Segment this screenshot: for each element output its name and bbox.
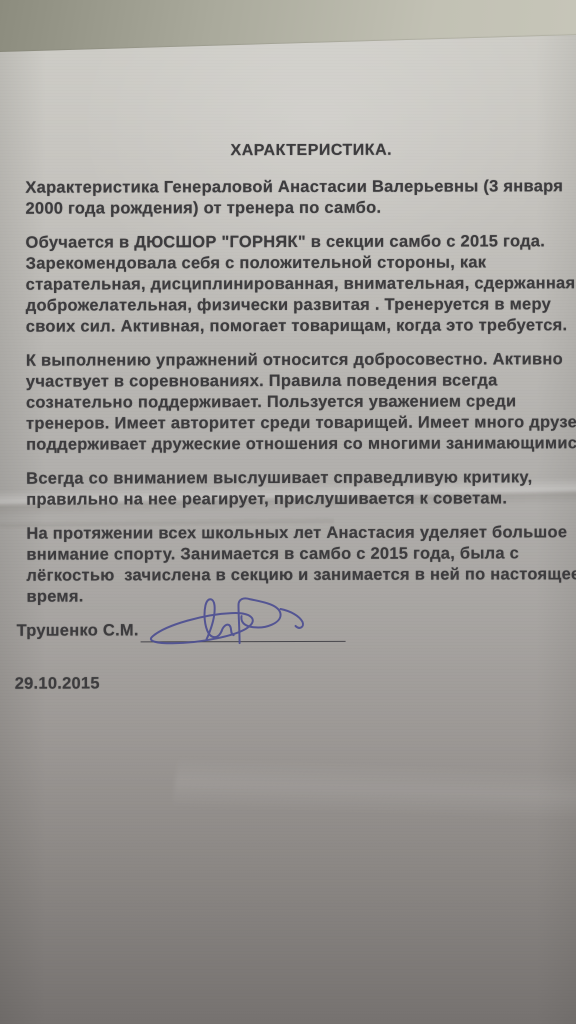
text-line: Характеристика Генераловой Анастасии Вал… <box>25 176 553 198</box>
text-line: Зарекомендовала себя с положительной сто… <box>26 252 554 274</box>
text-line: правильно на нее реагирует, прислушивает… <box>26 488 554 510</box>
signature-row: Трушенко С.М. <box>17 619 555 642</box>
document-title: ХАРАКТЕРИСТИКА. <box>25 140 553 161</box>
paragraph-training: Обучается в ДЮСШОР "ГОРНЯК" в секции сам… <box>26 231 554 337</box>
text-line: внимание спорту. Занимается в самбо с 20… <box>26 543 554 565</box>
text-line: доброжелательная, физически развитая . Т… <box>26 294 554 316</box>
document-content: ХАРАКТЕРИСТИКА. Характеристика Генералов… <box>25 140 554 694</box>
paragraph-behaviour: К выполнению упражнений относится доброс… <box>26 349 554 455</box>
text-line: тренеров. Имеет авторитет среди товарище… <box>26 412 554 434</box>
paragraph-intro: Характеристика Генераловой Анастасии Вал… <box>25 176 553 219</box>
text-line: поддерживает дружеские отношения со мног… <box>26 433 554 455</box>
text-line: Всегда со вниманием выслушивает справедл… <box>26 467 554 489</box>
photo-of-document: ХАРАКТЕРИСТИКА. Характеристика Генералов… <box>0 0 576 1024</box>
paper-crease <box>172 717 576 862</box>
paper-sheet: ХАРАКТЕРИСТИКА. Характеристика Генералов… <box>0 0 576 1024</box>
text-line: Обучается в ДЮСШОР "ГОРНЯК" в секции сам… <box>26 231 554 253</box>
text-line: лёгкостью зачислена в секцию и занимаетс… <box>26 564 554 586</box>
text-line: старательная, дисциплинированная, внимат… <box>26 273 554 295</box>
text-line: сознательно поддерживает. Пользуется ува… <box>26 391 554 413</box>
text-line: 2000 года рождения) от тренера по самбо. <box>25 197 553 219</box>
paragraph-criticism: Всегда со вниманием выслушивает справедл… <box>26 467 554 510</box>
text-line: участвует в соревнованиях. Правила повед… <box>26 370 554 392</box>
signature-scribble-icon <box>140 589 360 660</box>
text-line: своих сил. Активная, помогает товарищам,… <box>26 315 554 337</box>
text-line: На протяжении всех школьных лет Анастаси… <box>26 522 554 544</box>
document-date: 29.10.2015 <box>15 672 555 694</box>
text-line: К выполнению упражнений относится доброс… <box>26 349 554 371</box>
signatory-name: Трушенко С.М. <box>17 621 139 639</box>
